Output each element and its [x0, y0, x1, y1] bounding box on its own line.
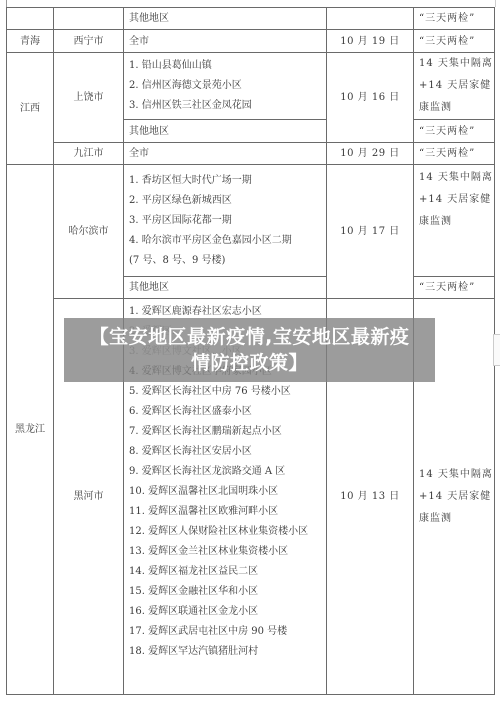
- city-cell: 九江市: [54, 143, 124, 165]
- measure-cell: “三天两检”: [414, 277, 495, 299]
- title-overlay-banner: 【宝安地区最新疫情,宝安地区最新疫 情防控政策】: [64, 318, 435, 382]
- table-top-edge: [6, 0, 496, 7]
- area-item: 3. 信州区铁三社区金凤花园: [129, 96, 321, 116]
- area-item: 9. 爱辉区长海社区龙滨路交通 A 区: [129, 462, 321, 482]
- city-cell: 上饶市: [54, 53, 124, 143]
- measure-line: 14 天集中隔离: [419, 53, 489, 75]
- table-row: 青海 西宁市 全市 10 月 19 日 “三天两检”: [7, 30, 495, 53]
- table-row: 其他地区 “三天两检”: [7, 8, 495, 30]
- date-cell: [327, 8, 414, 30]
- area-item: 2. 平房区绿色新城西区: [129, 191, 321, 211]
- area-item: 6. 爱辉区长海社区盛泰小区: [129, 402, 321, 422]
- area-cell: 其他地区: [124, 120, 327, 143]
- table-row: 江西 上饶市 1. 铅山县葛仙山镇 2. 信州区海德文景苑小区 3. 信州区铁三…: [7, 53, 495, 120]
- measure-line: 14 天集中隔离: [419, 464, 489, 486]
- area-cell: 其他地区: [124, 8, 327, 30]
- area-list-cell: 1. 香坊区恒大时代广场一期 2. 平房区绿色新城西区 3. 平房区国际花都一期…: [124, 165, 327, 277]
- date-cell: 10 月 17 日: [327, 165, 414, 299]
- overlay-title-line-2: 情防控政策】: [64, 350, 435, 376]
- area-item: 18. 爱辉区罕达汽镇猪肚河村: [129, 642, 321, 662]
- area-item: 1. 香坊区恒大时代广场一期: [129, 171, 321, 191]
- measure-line: 康监测: [419, 508, 489, 530]
- measure-line: 康监测: [419, 97, 489, 119]
- measure-line: +14 天居家健: [419, 75, 489, 97]
- overlay-title-line-1: 【宝安地区最新疫情,宝安地区最新疫: [64, 324, 435, 350]
- measure-line: +14 天居家健: [419, 486, 489, 508]
- document-page: 其他地区 “三天两检” 青海 西宁市 全市 10 月 19 日 “三天两检” 江…: [0, 0, 500, 702]
- area-item: 12. 爱辉区人保财险社区林业集资楼小区: [129, 522, 321, 542]
- area-item: 2. 信州区海德文景苑小区: [129, 76, 321, 96]
- measure-cell: 14 天集中隔离 +14 天居家健 康监测: [414, 53, 495, 120]
- area-item: 4. 哈尔滨市平房区金色嘉园小区二期: [129, 231, 321, 251]
- measure-line: +14 天居家健: [419, 189, 489, 211]
- area-item: (7 号、8 号、9 号楼): [129, 251, 321, 271]
- date-cell: 10 月 29 日: [327, 143, 414, 165]
- area-item: 16. 爱辉区联通社区金龙小区: [129, 602, 321, 622]
- province-cell: 青海: [7, 30, 54, 53]
- area-item: 13. 爱辉区金兰社区林业集资楼小区: [129, 542, 321, 562]
- measure-line: 康监测: [419, 211, 489, 233]
- area-list-cell: 1. 铅山县葛仙山镇 2. 信州区海德文景苑小区 3. 信州区铁三社区金凤花园: [124, 53, 327, 120]
- area-item: 17. 爱辉区武居屯社区中房 90 号楼: [129, 622, 321, 642]
- side-handle: [493, 334, 500, 366]
- area-item: 1. 铅山县葛仙山镇: [129, 56, 321, 76]
- province-cell: 黑龙江: [7, 165, 54, 695]
- measure-cell: “三天两检”: [414, 120, 495, 143]
- table-row: 九江市 全市 10 月 29 日 “三天两检”: [7, 143, 495, 165]
- date-cell: 10 月 19 日: [327, 30, 414, 53]
- city-cell: 哈尔滨市: [54, 165, 124, 299]
- city-cell: [54, 8, 124, 30]
- area-item: 14. 爱辉区福龙社区益民二区: [129, 562, 321, 582]
- area-item: 15. 爱辉区金融社区华和小区: [129, 582, 321, 602]
- measure-cell: “三天两检”: [414, 8, 495, 30]
- province-cell: 江西: [7, 53, 54, 165]
- area-item: 5. 爱辉区长海社区中房 76 号楼小区: [129, 382, 321, 402]
- area-item: 8. 爱辉区长海社区安居小区: [129, 442, 321, 462]
- province-cell: [7, 8, 54, 30]
- area-item: 3. 平房区国际花都一期: [129, 211, 321, 231]
- measure-cell: “三天两检”: [414, 143, 495, 165]
- area-cell: 其他地区: [124, 277, 327, 299]
- measure-line: 14 天集中隔离: [419, 167, 489, 189]
- area-cell: 全市: [124, 30, 327, 53]
- area-item: 11. 爱辉区温馨社区欧雅河畔小区: [129, 502, 321, 522]
- measure-cell: “三天两检”: [414, 30, 495, 53]
- city-cell: 西宁市: [54, 30, 124, 53]
- table-row: 黑龙江 哈尔滨市 1. 香坊区恒大时代广场一期 2. 平房区绿色新城西区 3. …: [7, 165, 495, 277]
- area-item: 7. 爱辉区长海社区鹏瑞新起点小区: [129, 422, 321, 442]
- date-cell: 10 月 16 日: [327, 53, 414, 143]
- measure-cell: 14 天集中隔离 +14 天居家健 康监测: [414, 165, 495, 277]
- area-cell: 全市: [124, 143, 327, 165]
- area-item: 10. 爱辉区温馨社区北国明珠小区: [129, 482, 321, 502]
